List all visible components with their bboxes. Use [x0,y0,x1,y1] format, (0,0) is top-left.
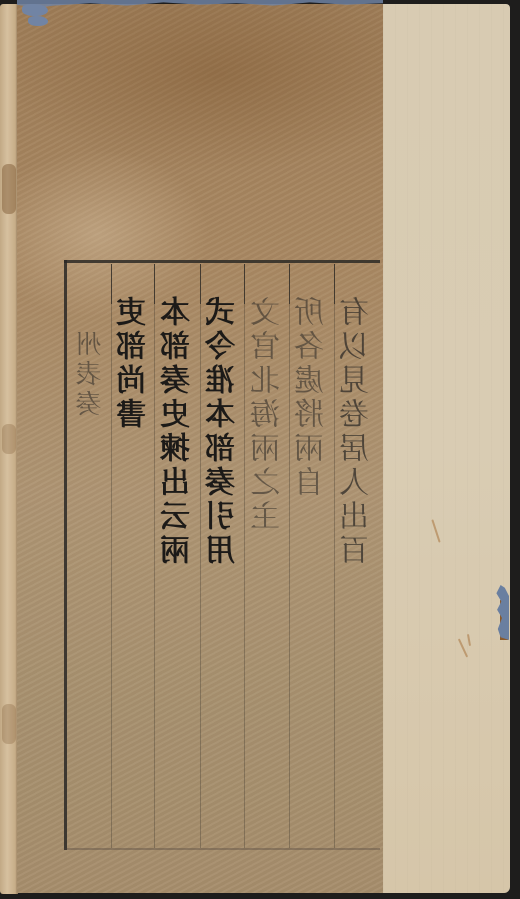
printed-frame: 吏部尚書 本部奏史揀出云兩 式令准本部奏引用 文官北海兩之主 所各處將兩自 有以… [64,260,380,852]
stain [2,164,16,214]
left-page-edge [0,4,18,894]
column-rule [289,264,290,848]
paper-fiber [458,639,468,658]
text-column: 吏部尚書 [116,296,154,746]
text-column: 本部奏史揀出云兩 [160,296,198,846]
column-rule [334,264,335,848]
cover-fragment [28,16,48,26]
column-rule [111,264,112,848]
cover-fragment [22,4,48,16]
text-column: 所各處將兩自 [294,296,332,846]
frame-top-border [64,260,380,263]
paper-fiber [467,634,471,646]
column-rule [244,264,245,848]
text-column: 式令准本部奏引用 [205,296,243,846]
stain [2,704,16,744]
frame-bottom-border [64,848,380,850]
blank-leaf [383,4,510,893]
text-column: 州表奏 [72,330,110,530]
paper-fiber [431,519,440,542]
text-column: 文官北海兩之主 [250,296,288,846]
scanned-page: 吏部尚書 本部奏史揀出云兩 式令准本部奏引用 文官北海兩之主 所各處將兩自 有以… [0,0,520,899]
frame-left-border [64,260,67,850]
column-rule [200,264,201,848]
text-column: 有以見卷居人出百 [339,296,377,846]
stain [2,424,16,454]
column-rule [154,264,155,848]
